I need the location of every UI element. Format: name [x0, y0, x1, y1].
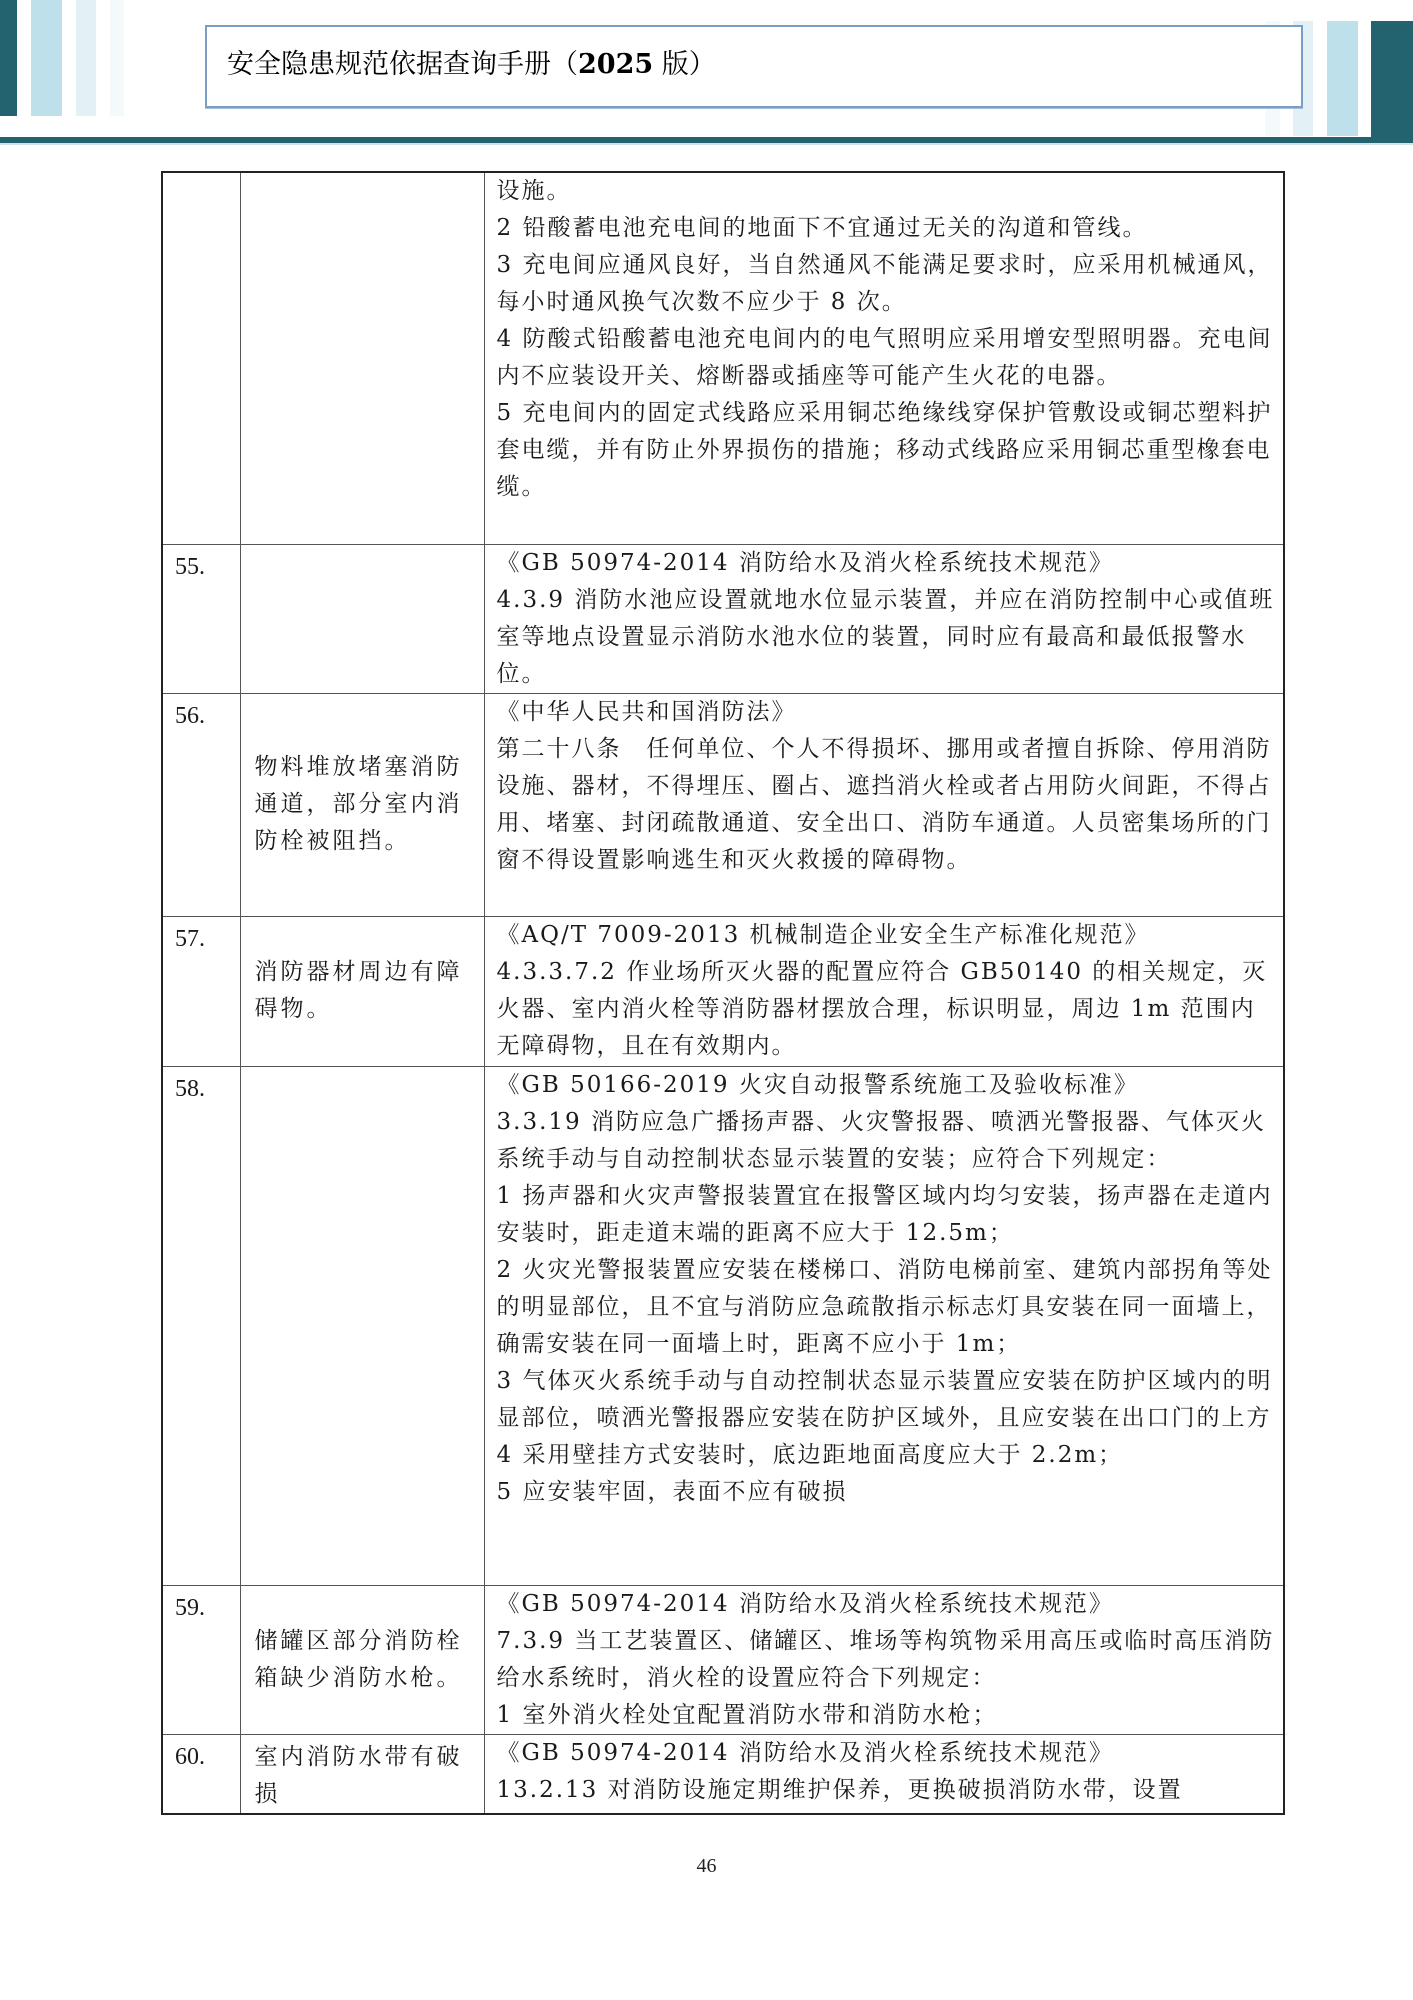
table-row: 60. 室内消防水带有破损 《GB 50974-2014 消防给水及消火栓系统技… [162, 1734, 1284, 1814]
basis-line: 1 扬声器和火灾声警报装置宜在报警区域内均匀安装，扬声器在走道内安装时，距走道末… [497, 1178, 1278, 1252]
regulation-title: 《GB 50974-2014 消防给水及消火栓系统技术规范》 [497, 1735, 1278, 1772]
row-number: 55. [162, 544, 240, 693]
hazard-description: 物料堆放堵塞消防通道，部分室内消防栓被阻挡。 [240, 693, 484, 916]
basis-line: 1 室外消火栓处宜配置消防水带和消防水枪； [497, 1697, 1278, 1734]
header-decor-bar [31, 0, 62, 116]
basis-line: 2 铅酸蓄电池充电间的地面下不宜通过无关的沟道和管线。 [497, 210, 1278, 247]
table-row: 设施。 2 铅酸蓄电池充电间的地面下不宜通过无关的沟道和管线。 3 充电间应通风… [162, 172, 1284, 544]
basis-line: 2 火灾光警报装置应安装在楼梯口、消防电梯前室、建筑内部拐角等处的明显部位，且不… [497, 1252, 1278, 1363]
table-row: 57. 消防器材周边有障碍物。 《AQ/T 7009-2013 机械制造企业安全… [162, 916, 1284, 1066]
document-header: 安全隐患规范依据查询手册（2025 版） [205, 25, 1303, 108]
regulation-basis: 《GB 50974-2014 消防给水及消火栓系统技术规范》 7.3.9 当工艺… [484, 1585, 1284, 1734]
basis-line: 4.3.3.7.2 作业场所灭火器的配置应符合 GB50140 的相关规定，灭火… [497, 954, 1278, 1065]
title-suffix: 版） [653, 49, 716, 80]
basis-line: 3 气体灭火系统手动与自动控制状态显示装置应安装在防护区域内的明显部位，喷洒光警… [497, 1363, 1278, 1437]
hazard-description [240, 172, 484, 544]
regulation-basis: 《GB 50166-2019 火灾自动报警系统施工及验收标准》 3.3.19 消… [484, 1066, 1284, 1585]
title-prefix: 安全隐患规范依据查询手册（ [227, 49, 578, 80]
title-year: 2025 [578, 49, 653, 80]
table-row: 56. 物料堆放堵塞消防通道，部分室内消防栓被阻挡。 《中华人民共和国消防法》 … [162, 693, 1284, 916]
regulation-basis: 《中华人民共和国消防法》 第二十八条 任何单位、个人不得损坏、挪用或者擅自拆除、… [484, 693, 1284, 916]
table-row: 59. 储罐区部分消防栓箱缺少消防水枪。 《GB 50974-2014 消防给水… [162, 1585, 1284, 1734]
regulation-title: 《GB 50974-2014 消防给水及消火栓系统技术规范》 [497, 1586, 1278, 1623]
basis-line: 5 应安装牢固，表面不应有破损 [497, 1474, 1278, 1511]
hazard-description [240, 1066, 484, 1585]
hazard-basis-table: 设施。 2 铅酸蓄电池充电间的地面下不宜通过无关的沟道和管线。 3 充电间应通风… [161, 171, 1285, 1815]
header-decor-bar [1327, 21, 1358, 136]
header-decor-bar [1371, 21, 1413, 143]
regulation-title: 《GB 50974-2014 消防给水及消火栓系统技术规范》 [497, 545, 1278, 582]
basis-line: 4.3.9 消防水池应设置就地水位显示装置，并应在消防控制中心或值班室等地点设置… [497, 582, 1278, 693]
basis-line: 设施。 [497, 173, 1278, 210]
basis-line: 第二十八条 任何单位、个人不得损坏、挪用或者擅自拆除、停用消防设施、器材，不得埋… [497, 731, 1278, 879]
row-number [162, 172, 240, 544]
header-decor-bar [110, 0, 124, 116]
row-number: 59. [162, 1585, 240, 1734]
row-number: 56. [162, 693, 240, 916]
table-row: 58. 《GB 50166-2019 火灾自动报警系统施工及验收标准》 3.3.… [162, 1066, 1284, 1585]
row-number: 58. [162, 1066, 240, 1585]
regulation-basis: 《AQ/T 7009-2013 机械制造企业安全生产标准化规范》 4.3.3.7… [484, 916, 1284, 1066]
table-row: 55. 《GB 50974-2014 消防给水及消火栓系统技术规范》 4.3.9… [162, 544, 1284, 693]
header-divider-shadow [0, 143, 1413, 145]
regulation-title: 《中华人民共和国消防法》 [497, 694, 1278, 731]
regulation-title: 《AQ/T 7009-2013 机械制造企业安全生产标准化规范》 [497, 917, 1278, 954]
regulation-basis: 《GB 50974-2014 消防给水及消火栓系统技术规范》 13.2.13 对… [484, 1734, 1284, 1814]
hazard-description: 储罐区部分消防栓箱缺少消防水枪。 [240, 1585, 484, 1734]
hazard-description: 消防器材周边有障碍物。 [240, 916, 484, 1066]
basis-line: 4 防酸式铅酸蓄电池充电间内的电气照明应采用增安型照明器。充电间内不应装设开关、… [497, 321, 1278, 395]
regulation-title: 《GB 50166-2019 火灾自动报警系统施工及验收标准》 [497, 1067, 1278, 1104]
basis-line: 3 充电间应通风良好，当自然通风不能满足要求时，应采用机械通风，每小时通风换气次… [497, 247, 1278, 321]
document-title: 安全隐患规范依据查询手册（2025 版） [227, 42, 716, 81]
regulation-basis: 《GB 50974-2014 消防给水及消火栓系统技术规范》 4.3.9 消防水… [484, 544, 1284, 693]
hazard-description: 室内消防水带有破损 [240, 1734, 484, 1814]
row-number: 60. [162, 1734, 240, 1814]
basis-line: 4 采用壁挂方式安装时，底边距地面高度应大于 2.2m； [497, 1437, 1278, 1474]
regulation-basis: 设施。 2 铅酸蓄电池充电间的地面下不宜通过无关的沟道和管线。 3 充电间应通风… [484, 172, 1284, 544]
hazard-description [240, 544, 484, 693]
page-number: 46 [0, 1855, 1413, 1878]
basis-line: 5 充电间内的固定式线路应采用铜芯绝缘线穿保护管敷设或铜芯塑料护套电缆，并有防止… [497, 395, 1278, 506]
header-decor-bar [76, 0, 96, 116]
basis-line: 3.3.19 消防应急广播扬声器、火灾警报器、喷洒光警报器、气体灭火系统手动与自… [497, 1104, 1278, 1178]
basis-line: 13.2.13 对消防设施定期维护保养，更换破损消防水带，设置 [497, 1772, 1278, 1809]
basis-line: 7.3.9 当工艺装置区、储罐区、堆场等构筑物采用高压或临时高压消防给水系统时，… [497, 1623, 1278, 1697]
row-number: 57. [162, 916, 240, 1066]
header-decor-bar [0, 0, 17, 116]
